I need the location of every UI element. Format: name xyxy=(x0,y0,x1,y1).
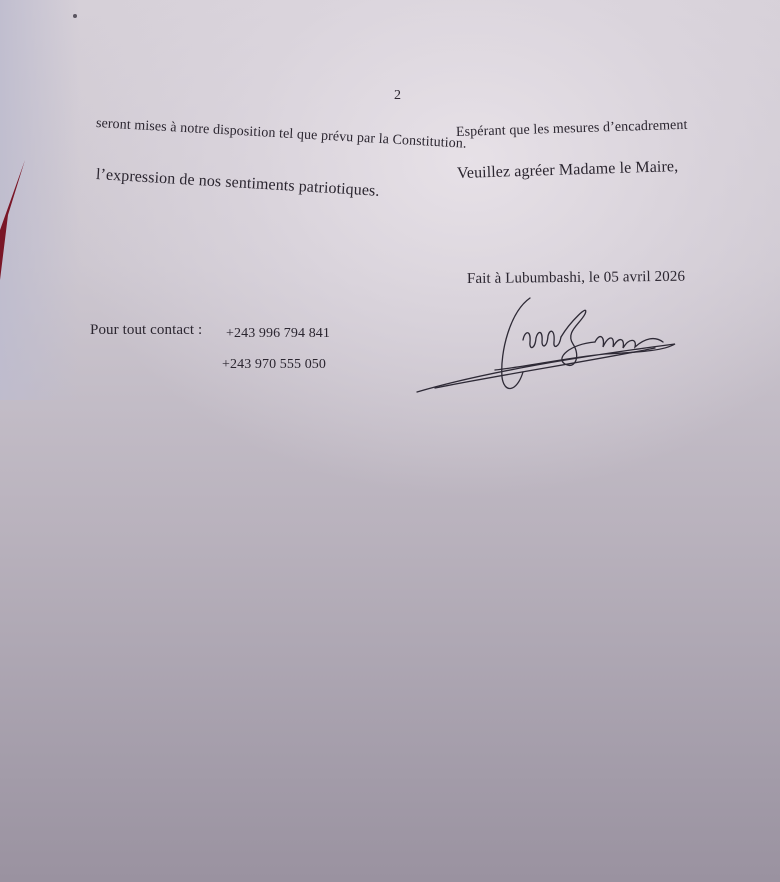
red-object-edge xyxy=(0,160,30,280)
paper-speck xyxy=(73,14,77,18)
contact-label: Pour tout contact : xyxy=(90,322,202,339)
page-number: 2 xyxy=(394,88,401,104)
contact-phone-2: +243 970 555 050 xyxy=(222,357,326,373)
place-and-date: Fait à Lubumbashi, le 05 avril 2026 xyxy=(467,269,685,288)
contact-phone-1: +243 996 794 841 xyxy=(226,326,330,342)
signature xyxy=(405,292,705,402)
